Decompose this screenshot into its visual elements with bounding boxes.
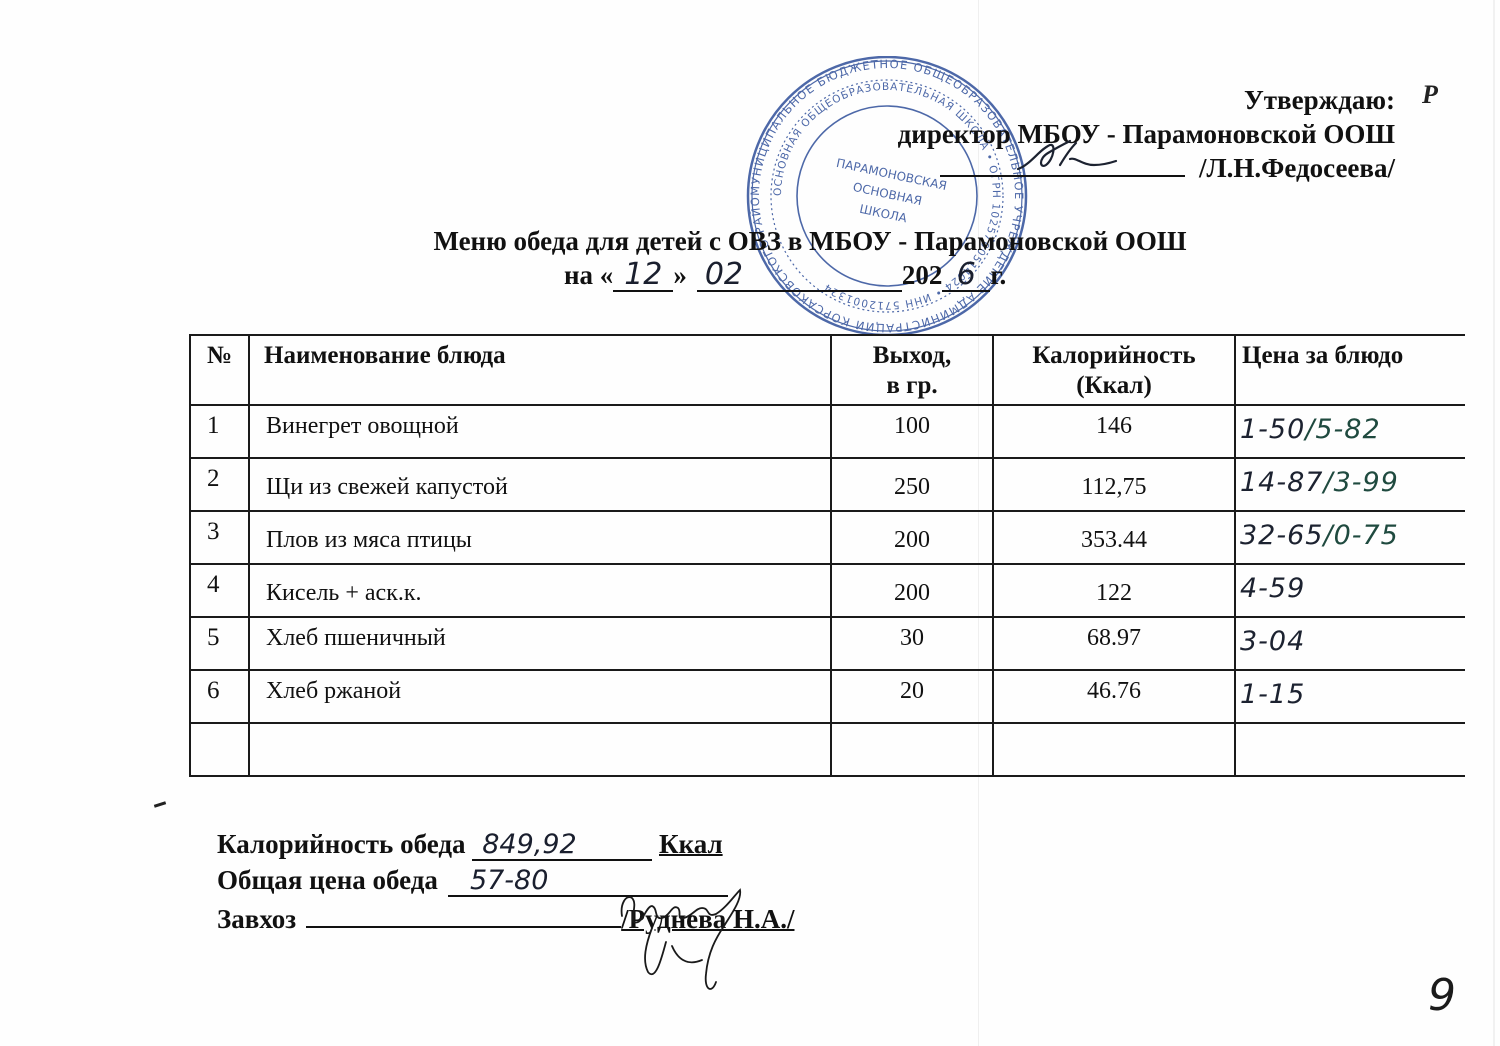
row-calories: 68.97 [993,617,1235,670]
approval-heading: Утверждаю: [898,83,1395,117]
row-num: 6 [190,670,249,723]
row-calories: 122 [993,564,1235,617]
summary-price-label: Общая цена обеда [217,865,438,895]
price-part-b: /5-82 [1305,414,1380,445]
table-row: 3 Плов из мяса птицы 200 353.44 32-65/0-… [190,511,1465,564]
table-header-row: № Наименование блюда Выход, в гр. Калори… [190,335,1465,405]
row-price [1235,723,1465,776]
header-yield-line1: Выход, [873,342,951,369]
document-page: МУНИЦИПАЛЬНОЕ БЮДЖЕТНОЕ ОБЩЕОБРАЗОВАТЕЛЬ… [0,0,1500,1046]
paper-edge [1493,0,1495,1046]
row-num [190,723,249,776]
row-dish-name: Плов из мяса птицы [249,511,831,564]
header-price: Цена за блюдо [1235,335,1465,405]
row-calories: 353.44 [993,511,1235,564]
page-number: 9 [1428,970,1456,1021]
header-dish-name: Наименование блюда [249,335,831,405]
row-dish-name: Хлеб пшеничный [249,617,831,670]
summary-zavhoz-label: Завхоз [217,904,296,934]
date-year-field: 6 [942,260,990,292]
header-kcal-line2: (Ккал) [1076,372,1152,399]
header-yield: Выход, в гр. [831,335,993,405]
table-row: 1 Винегрет овощной 100 146 1-50/5-82 [190,405,1465,458]
price-part-a: 1-15 [1240,679,1305,710]
row-price: 1-50/5-82 [1235,405,1465,458]
menu-table: № Наименование блюда Выход, в гр. Калори… [189,334,1465,777]
row-price: 4-59 [1235,564,1465,617]
row-dish-name: Винегрет овощной [249,405,831,458]
approval-name: /Л.Н.Федосеева/ [1199,153,1395,183]
row-calories [993,723,1235,776]
approval-block: Утверждаю: директор МБОУ - Парамоновской… [898,83,1395,185]
price-part-a: 32-65 [1240,520,1323,551]
table-row: 2 Щи из свежей капустой 250 112,75 14-87… [190,458,1465,511]
row-yield: 200 [831,564,993,617]
price-part-a: 14-87 [1240,467,1323,498]
price-part-a: 4-59 [1240,573,1305,604]
summary-calories-row: Калорийность обеда 849,92 Ккал [217,826,794,862]
row-yield: 20 [831,670,993,723]
row-calories: 146 [993,405,1235,458]
row-dish-name: Щи из свежей капустой [249,458,831,511]
row-num: 3 [190,511,249,564]
header-yield-line2: в гр. [886,372,937,399]
row-num: 5 [190,617,249,670]
price-part-a: 1-50 [1240,414,1305,445]
director-signature-field [940,155,1185,177]
row-calories: 112,75 [993,458,1235,511]
price-part-a: 3-04 [1240,626,1305,657]
header-calories: Калорийность (Ккал) [993,335,1235,405]
row-calories: 46.76 [993,670,1235,723]
menu-date: на «12»022026г. [564,258,1006,292]
row-price: 32-65/0-75 [1235,511,1465,564]
row-dish-name: Хлеб ржаной [249,670,831,723]
row-price: 1-15 [1235,670,1465,723]
summary-calories-label: Калорийность обеда [217,829,466,859]
row-num: 1 [190,405,249,458]
stray-pen-mark [154,801,166,808]
row-yield: 250 [831,458,993,511]
approval-position: директор МБОУ - Парамоновской ООШ [898,117,1395,151]
table-row: 6 Хлеб ржаной 20 46.76 1-15 [190,670,1465,723]
row-yield [831,723,993,776]
corner-mark: Р [1422,80,1438,110]
date-quote-close: » [673,260,687,290]
date-year-prefix: 202 [902,260,943,290]
date-prefix: на « [564,260,613,290]
row-yield: 100 [831,405,993,458]
date-day-field: 12 [613,260,673,292]
row-num: 4 [190,564,249,617]
row-yield: 30 [831,617,993,670]
header-kcal-line1: Калорийность [1032,342,1195,369]
director-signature-icon [1010,135,1120,175]
summary-block: Калорийность обеда 849,92 Ккал Общая цен… [217,826,794,937]
row-num: 2 [190,458,249,511]
header-num: № [190,335,249,405]
summary-calories-unit: Ккал [659,829,723,859]
row-yield: 200 [831,511,993,564]
row-dish-name [249,723,831,776]
date-suffix: г. [990,260,1006,290]
table-row-empty [190,723,1465,776]
approval-signature-row: /Л.Н.Федосеева/ [898,151,1395,185]
row-dish-name: Кисель + аск.к. [249,564,831,617]
summary-calories-value: 849,92 [472,831,652,861]
price-part-b: /0-75 [1323,520,1398,551]
price-part-b: /3-99 [1323,467,1398,498]
date-month-field: 02 [697,260,902,292]
row-price: 14-87/3-99 [1235,458,1465,511]
table-row: 4 Кисель + аск.к. 200 122 4-59 [190,564,1465,617]
zavhoz-signature-field [306,898,621,928]
table-row: 5 Хлеб пшеничный 30 68.97 3-04 [190,617,1465,670]
zavhoz-signature-icon [612,886,772,996]
row-price: 3-04 [1235,617,1465,670]
stamp-center-line-3: ШКОЛА [858,202,909,226]
page-title: Меню обеда для детей с ОВЗ в МБОУ - Пара… [0,224,1500,258]
